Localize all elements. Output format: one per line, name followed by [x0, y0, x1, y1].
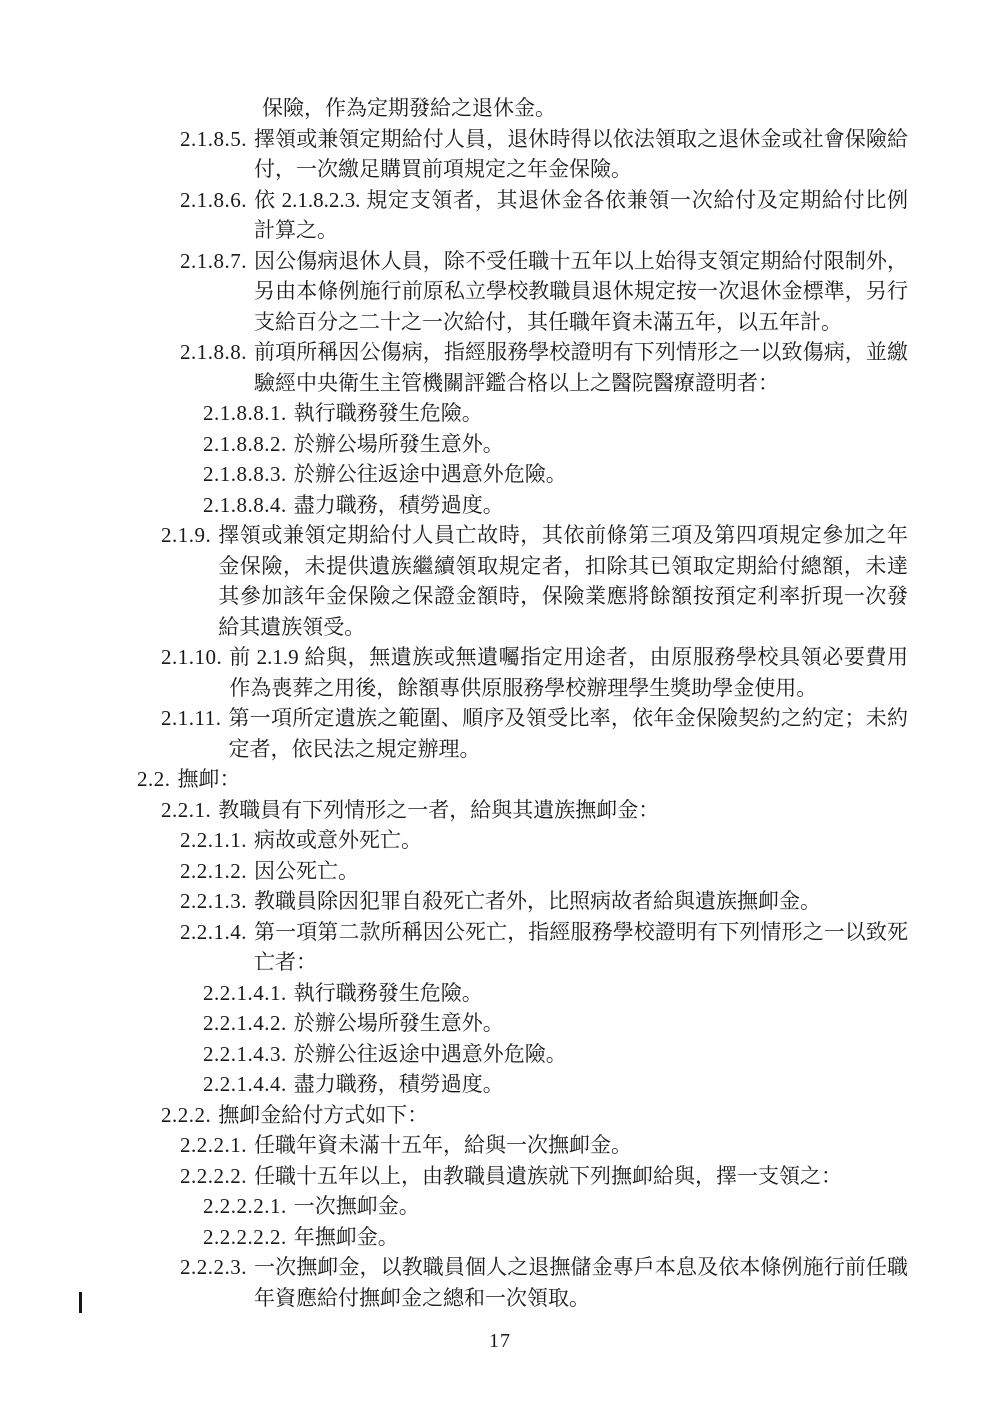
clause-number: 2.2.2.2.: [180, 1161, 254, 1192]
clause-text: 一次撫卹金。: [294, 1191, 908, 1222]
clause-item: 2.2.1.4.4. 盡力職務，積勞過度。: [203, 1069, 908, 1100]
clause-number: 2.2.2.3.: [180, 1252, 254, 1283]
clause-text: 任職年資未滿十五年，給與一次撫卹金。: [254, 1130, 908, 1161]
clause-number: 2.2.1.4.4.: [203, 1069, 294, 1100]
clause-number: 2.2.1.4.3.: [203, 1039, 294, 1070]
paragraph-continuation: 保險，作為定期發給之退休金。: [262, 93, 908, 124]
clause-text: 第一項第二款所稱因公死亡，指經服務學校證明有下列情形之一以致死亡者：: [254, 917, 908, 978]
clause-text: 盡力職務，積勞過度。: [294, 490, 908, 521]
clause-item: 2.2.1.4.3. 於辦公往返途中遇意外危險。: [203, 1039, 908, 1070]
clause-item: 2.2.2. 撫卹金給付方式如下：: [161, 1100, 908, 1131]
clause-item: 2.2.1.4.1. 執行職務發生危險。: [203, 978, 908, 1009]
clause-item: 2.2. 撫卹：: [137, 764, 908, 795]
clause-text: 於辦公場所發生意外。: [294, 429, 908, 460]
clause-number: 2.2.2.: [161, 1100, 218, 1131]
clause-text: 一次撫卹金，以教職員個人之退撫儲金專戶本息及依本條例施行前任職年資應給付撫卹金之…: [254, 1252, 908, 1313]
clause-text: 教職員除因犯罪自殺死亡者外，比照病故者給與遺族撫卹金。: [254, 886, 908, 917]
clause-number: 2.2.1.: [161, 795, 218, 826]
clause-number: 2.2.1.4.1.: [203, 978, 294, 1009]
clause-text: 病故或意外死亡。: [254, 825, 908, 856]
clause-number: 2.1.8.5.: [180, 124, 254, 155]
clause-text: 於辦公場所發生意外。: [294, 1008, 908, 1039]
left-margin-mark: [79, 1292, 82, 1313]
clause-number: 2.1.11.: [161, 703, 228, 734]
clause-item: 2.1.8.8. 前項所稱因公傷病，指經服務學校證明有下列情形之一以致傷病，並繳…: [180, 337, 908, 398]
page-number: 17: [0, 1326, 1000, 1357]
clause-number: 2.2.1.4.2.: [203, 1008, 294, 1039]
clause-text: 年撫卹金。: [294, 1222, 908, 1253]
clause-item: 2.2.1. 教職員有下列情形之一者，給與其遺族撫卹金：: [161, 795, 908, 826]
clause-item: 2.2.2.2.2. 年撫卹金。: [203, 1222, 908, 1253]
clause-number: 2.1.9.: [161, 520, 218, 551]
clause-text: 擇領或兼領定期給付人員，退休時得以依法領取之退休金或社會保險給付，一次繳足購買前…: [254, 124, 908, 185]
clause-number: 2.1.8.7.: [180, 246, 254, 277]
clause-number: 2.1.8.8.: [180, 337, 254, 368]
clause-number: 2.2.2.1.: [180, 1130, 254, 1161]
clause-number: 2.2.1.1.: [180, 825, 254, 856]
clause-item: 2.2.1.3. 教職員除因犯罪自殺死亡者外，比照病故者給與遺族撫卹金。: [180, 886, 908, 917]
clause-text: 擇領或兼領定期給付人員亡故時，其依前條第三項及第四項規定參加之年金保險，未提供遺…: [218, 520, 908, 642]
clause-item: 2.1.8.7. 因公傷病退休人員，除不受任職十五年以上始得支領定期給付限制外，…: [180, 246, 908, 338]
clause-text: 依 2.1.8.2.3. 規定支領者，其退休金各依兼領一次給付及定期給付比例計算…: [254, 185, 908, 246]
clause-text: 因公傷病退休人員，除不受任職十五年以上始得支領定期給付限制外，另由本條例施行前原…: [254, 246, 908, 338]
clause-text: 因公死亡。: [254, 856, 908, 887]
clause-item: 2.2.1.4. 第一項第二款所稱因公死亡，指經服務學校證明有下列情形之一以致死…: [180, 917, 908, 978]
clause-item: 2.1.11. 第一項所定遺族之範圍、順序及領受比率，依年金保險契約之約定；未約…: [161, 703, 908, 764]
clause-number: 2.1.10.: [161, 642, 229, 673]
clause-text: 執行職務發生危險。: [294, 398, 908, 429]
clause-item: 2.2.1.4.2. 於辦公場所發生意外。: [203, 1008, 908, 1039]
clause-number: 2.2.1.4.: [180, 917, 254, 948]
clause-text: 第一項所定遺族之範圍、順序及領受比率，依年金保險契約之約定；未約定者，依民法之規…: [228, 703, 908, 764]
clause-item: 2.2.2.2. 任職十五年以上，由教職員遺族就下列撫卹給與，擇一支領之：: [180, 1161, 908, 1192]
clause-text: 執行職務發生危險。: [294, 978, 908, 1009]
clause-text: 教職員有下列情形之一者，給與其遺族撫卹金：: [218, 795, 908, 826]
document-content: 保險，作為定期發給之退休金。 2.1.8.5. 擇領或兼領定期給付人員，退休時得…: [0, 0, 1000, 1357]
clause-text: 前項所稱因公傷病，指經服務學校證明有下列情形之一以致傷病，並繳驗經中央衛生主管機…: [254, 337, 908, 398]
clause-item: 2.2.1.1. 病故或意外死亡。: [180, 825, 908, 856]
clause-item: 2.1.8.6. 依 2.1.8.2.3. 規定支領者，其退休金各依兼領一次給付…: [180, 185, 908, 246]
document-page: 保險，作為定期發給之退休金。 2.1.8.5. 擇領或兼領定期給付人員，退休時得…: [0, 0, 1000, 1415]
clause-item: 2.2.2.2.1. 一次撫卹金。: [203, 1191, 908, 1222]
clause-item: 2.1.9. 擇領或兼領定期給付人員亡故時，其依前條第三項及第四項規定參加之年金…: [161, 520, 908, 642]
clause-list: 2.1.8.5. 擇領或兼領定期給付人員，退休時得以依法領取之退休金或社會保險給…: [0, 124, 1000, 1314]
clause-text: 於辦公往返途中遇意外危險。: [294, 459, 908, 490]
clause-text: 任職十五年以上，由教職員遺族就下列撫卹給與，擇一支領之：: [254, 1161, 908, 1192]
clause-number: 2.1.8.6.: [180, 185, 254, 216]
clause-item: 2.1.8.8.4. 盡力職務，積勞過度。: [203, 490, 908, 521]
clause-number: 2.1.8.8.3.: [203, 459, 294, 490]
clause-item: 2.1.8.8.1. 執行職務發生危險。: [203, 398, 908, 429]
clause-item: 2.1.8.5. 擇領或兼領定期給付人員，退休時得以依法領取之退休金或社會保險給…: [180, 124, 908, 185]
clause-number: 2.2.1.2.: [180, 856, 254, 887]
clause-number: 2.1.8.8.4.: [203, 490, 294, 521]
clause-item: 2.2.1.2. 因公死亡。: [180, 856, 908, 887]
clause-item: 2.2.2.1. 任職年資未滿十五年，給與一次撫卹金。: [180, 1130, 908, 1161]
clause-text: 盡力職務，積勞過度。: [294, 1069, 908, 1100]
clause-item: 2.2.2.3. 一次撫卹金，以教職員個人之退撫儲金專戶本息及依本條例施行前任職…: [180, 1252, 908, 1313]
clause-number: 2.2.: [137, 764, 178, 795]
clause-text: 撫卹金給付方式如下：: [218, 1100, 908, 1131]
clause-item: 2.1.10. 前 2.1.9 給與，無遺族或無遺囑指定用途者，由原服務學校具領…: [161, 642, 908, 703]
clause-number: 2.2.2.2.1.: [203, 1191, 294, 1222]
clause-item: 2.1.8.8.2. 於辦公場所發生意外。: [203, 429, 908, 460]
clause-item: 2.1.8.8.3. 於辦公往返途中遇意外危險。: [203, 459, 908, 490]
clause-text: 前 2.1.9 給與，無遺族或無遺囑指定用途者，由原服務學校具領必要費用作為喪葬…: [229, 642, 908, 703]
clause-number: 2.1.8.8.1.: [203, 398, 294, 429]
clause-text: 於辦公往返途中遇意外危險。: [294, 1039, 908, 1070]
clause-number: 2.2.1.3.: [180, 886, 254, 917]
clause-text: 撫卹：: [178, 764, 909, 795]
clause-number: 2.1.8.8.2.: [203, 429, 294, 460]
clause-number: 2.2.2.2.2.: [203, 1222, 294, 1253]
